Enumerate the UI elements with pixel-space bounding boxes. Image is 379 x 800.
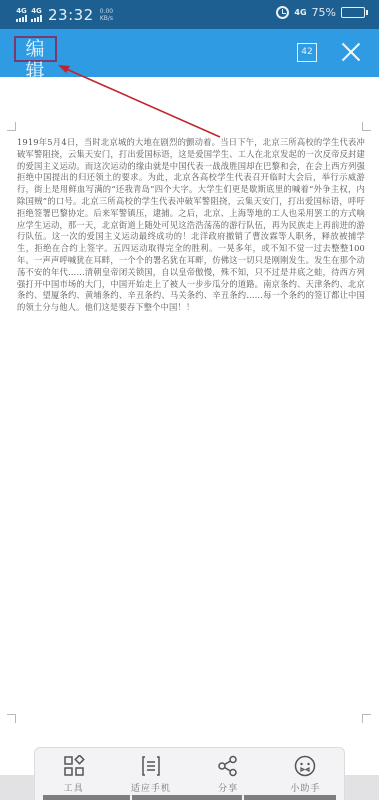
tool-button-fit-phone[interactable]: 适应手机 <box>112 748 189 800</box>
tool-button-assistant[interactable]: 小助手 <box>267 748 344 800</box>
alarm-icon <box>276 6 289 19</box>
tools-grid-icon <box>63 755 85 777</box>
net-speed: 0.00 KB/s <box>100 8 113 22</box>
sim2-label: 4G <box>31 8 42 15</box>
assistant-face-icon <box>294 755 316 777</box>
tool-label: 工具 <box>64 781 84 794</box>
page-count-button[interactable]: 42 <box>297 43 317 62</box>
app-bar: 编辑 42 <box>0 29 379 77</box>
edit-button[interactable]: 编辑 <box>14 36 57 62</box>
tool-label: 分享 <box>218 781 238 794</box>
tool-button-tools[interactable]: 工具 <box>35 748 112 800</box>
share-icon <box>217 755 239 777</box>
page-corner-mark <box>7 122 16 131</box>
sim2-signal-icon: 4G <box>31 8 42 22</box>
tool-label: 适应手机 <box>131 781 171 794</box>
tool-label: 小助手 <box>290 781 320 794</box>
page-corner-mark <box>362 714 371 723</box>
clock: 23:32 <box>48 6 94 24</box>
net-speed-value: 0.00 <box>100 8 113 15</box>
battery-percent: 75% <box>312 6 336 19</box>
close-icon[interactable] <box>340 41 362 63</box>
battery-icon <box>341 7 365 18</box>
toolbar-bottom-strip <box>43 795 336 800</box>
page-corner-mark <box>7 714 16 723</box>
status-right: 4G 75% <box>276 6 365 19</box>
document-paragraph[interactable]: 1919年5月4日，当时北京城的大地在剧烈的颤动着。当日下午，北京三所高校的学生… <box>17 137 365 314</box>
status-bar: 4G 4G 23:32 0.00 KB/s 4G 75% <box>0 0 379 29</box>
fit-phone-icon <box>140 755 162 777</box>
document-page: 1919年5月4日，当时北京城的大地在剧烈的颤动着。当日下午，北京三所高校的学生… <box>0 77 379 747</box>
bottom-toolbar: 工具 适应手机 分享 小助手 <box>34 747 345 800</box>
sim1-label: 4G <box>16 8 27 15</box>
net-speed-unit: KB/s <box>100 15 113 22</box>
sim1-signal-icon: 4G <box>16 8 27 22</box>
page-corner-mark <box>362 122 371 131</box>
status-left: 4G 4G 23:32 0.00 KB/s <box>16 6 113 24</box>
network-type: 4G <box>294 9 306 17</box>
tool-button-share[interactable]: 分享 <box>190 748 267 800</box>
